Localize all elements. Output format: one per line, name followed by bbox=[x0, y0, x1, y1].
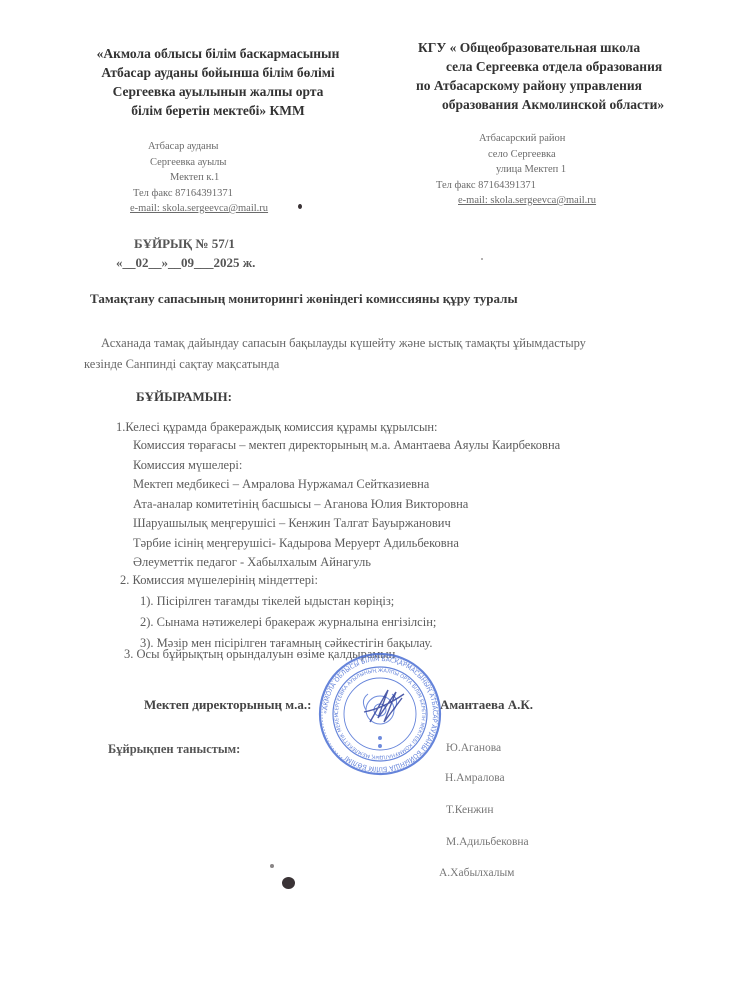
ink-blot bbox=[282, 877, 295, 889]
address-line: Атбасарский район bbox=[436, 131, 596, 147]
email-line: e-mail: skola.sergeevca@mail.ru bbox=[436, 193, 596, 209]
preamble-line: Асханада тамақ дайындау сапасын бақылауд… bbox=[84, 333, 704, 354]
list-item: Шаруашылық меңгерушісі – Кенжин Талгат Б… bbox=[133, 514, 560, 534]
header-right-line: образования Акмолинской области» bbox=[408, 95, 698, 114]
header-left-line: Атбасар ауданы бойынша білім бөлімі bbox=[78, 63, 358, 82]
address-line: Сергеевка ауылы bbox=[118, 155, 268, 171]
order-number: БҰЙРЫҚ № 57/1 bbox=[134, 234, 235, 253]
address-line: Атбасар ауданы bbox=[118, 139, 268, 155]
preamble-line: кезінде Санпинді сақтау мақсатында bbox=[84, 354, 704, 375]
signature-name: Амантаева А.К. bbox=[440, 695, 533, 714]
acquainted-name: Т.Кенжин bbox=[446, 804, 494, 816]
acquainted-label: Бұйрықпен таныстым: bbox=[108, 740, 240, 759]
list-item: Әлеуметтік педагог - Хабылхалым Айнагуль bbox=[133, 553, 560, 573]
header-right-address: Атбасарский район село Сергеевка улица М… bbox=[436, 131, 596, 209]
header-left-line: Сергеевка ауылынын жалпы орта bbox=[78, 82, 358, 101]
acquainted-name: М.Адильбековна bbox=[446, 836, 529, 848]
official-stamp: «АҚМОЛА ОБЛЫСЫ БІЛІМ БАСҚАРМАСЫНЫҢ АТБАС… bbox=[318, 652, 442, 776]
address-line: улица Мектеп 1 bbox=[436, 162, 596, 178]
list-item: Ата-аналар комитетінің басшысы – Аганова… bbox=[133, 495, 560, 515]
item-1-heading: 1.Келесі құрамда бракераждық комиссия құ… bbox=[116, 418, 438, 438]
header-right-line: села Сергеевка отдела образования bbox=[408, 57, 698, 76]
header-left-line: «Акмола облысы білім баскармасынын bbox=[78, 44, 358, 63]
header-right-line: КГУ « Общеобразовательная школа bbox=[408, 38, 698, 57]
acquainted-name: Н.Амралова bbox=[445, 772, 505, 784]
acquainted-name: Ю.Аганова bbox=[446, 742, 501, 754]
order-heading: БҰЙЫРАМЫН: bbox=[136, 387, 232, 406]
header-right-org: КГУ « Общеобразовательная школа села Сер… bbox=[408, 38, 698, 114]
ink-dot bbox=[481, 258, 483, 260]
item-2-heading: 2. Комиссия мүшелерінің міндеттері: bbox=[120, 571, 318, 591]
list-item: Мектеп медбикесі – Амралова Нуржамал Сей… bbox=[133, 475, 560, 495]
list-item: 1). Пісірілген тағамды тікелей ыдыстан к… bbox=[140, 591, 436, 612]
list-item: 2). Сынама нәтижелері бракераж журналына… bbox=[140, 612, 436, 633]
document-title: Тамақтану сапасының мониторингі жөніндег… bbox=[90, 289, 518, 308]
list-item: Комиссия төрағасы – мектеп директорының … bbox=[133, 436, 560, 456]
header-right-line: по Атбасарскому району управления bbox=[408, 76, 698, 95]
ink-dot bbox=[298, 204, 302, 209]
item-1-list: Комиссия төрағасы – мектеп директорының … bbox=[133, 436, 560, 573]
handwritten-signature-icon bbox=[364, 690, 404, 722]
header-left-address: Атбасар ауданы Сергеевка ауылы Мектеп к.… bbox=[118, 139, 268, 217]
list-item: Тәрбие ісінің меңгерушісі- Кадырова Меру… bbox=[133, 534, 560, 554]
address-line: Тел факс 87164391371 bbox=[436, 178, 596, 194]
preamble: Асханада тамақ дайындау сапасын бақылауд… bbox=[84, 333, 704, 375]
address-line: Мектеп к.1 bbox=[118, 170, 268, 186]
address-line: село Сергеевка bbox=[436, 147, 596, 163]
list-item: Комиссия мүшелері: bbox=[133, 456, 560, 476]
email-line: e-mail: skola.sergeevca@mail.ru bbox=[118, 201, 268, 217]
order-date: «__02__»__09___2025 ж. bbox=[116, 253, 255, 272]
header-left-org: «Акмола облысы білім баскармасынын Атбас… bbox=[78, 44, 358, 120]
signature-role: Мектеп директорының м.а.: bbox=[144, 695, 311, 714]
header-left-line: білім беретін мектебі» КММ bbox=[78, 101, 358, 120]
acquainted-name: А.Хабылхалым bbox=[439, 867, 514, 879]
address-line: Тел факс 87164391371 bbox=[118, 186, 268, 202]
ink-dot bbox=[270, 864, 274, 868]
